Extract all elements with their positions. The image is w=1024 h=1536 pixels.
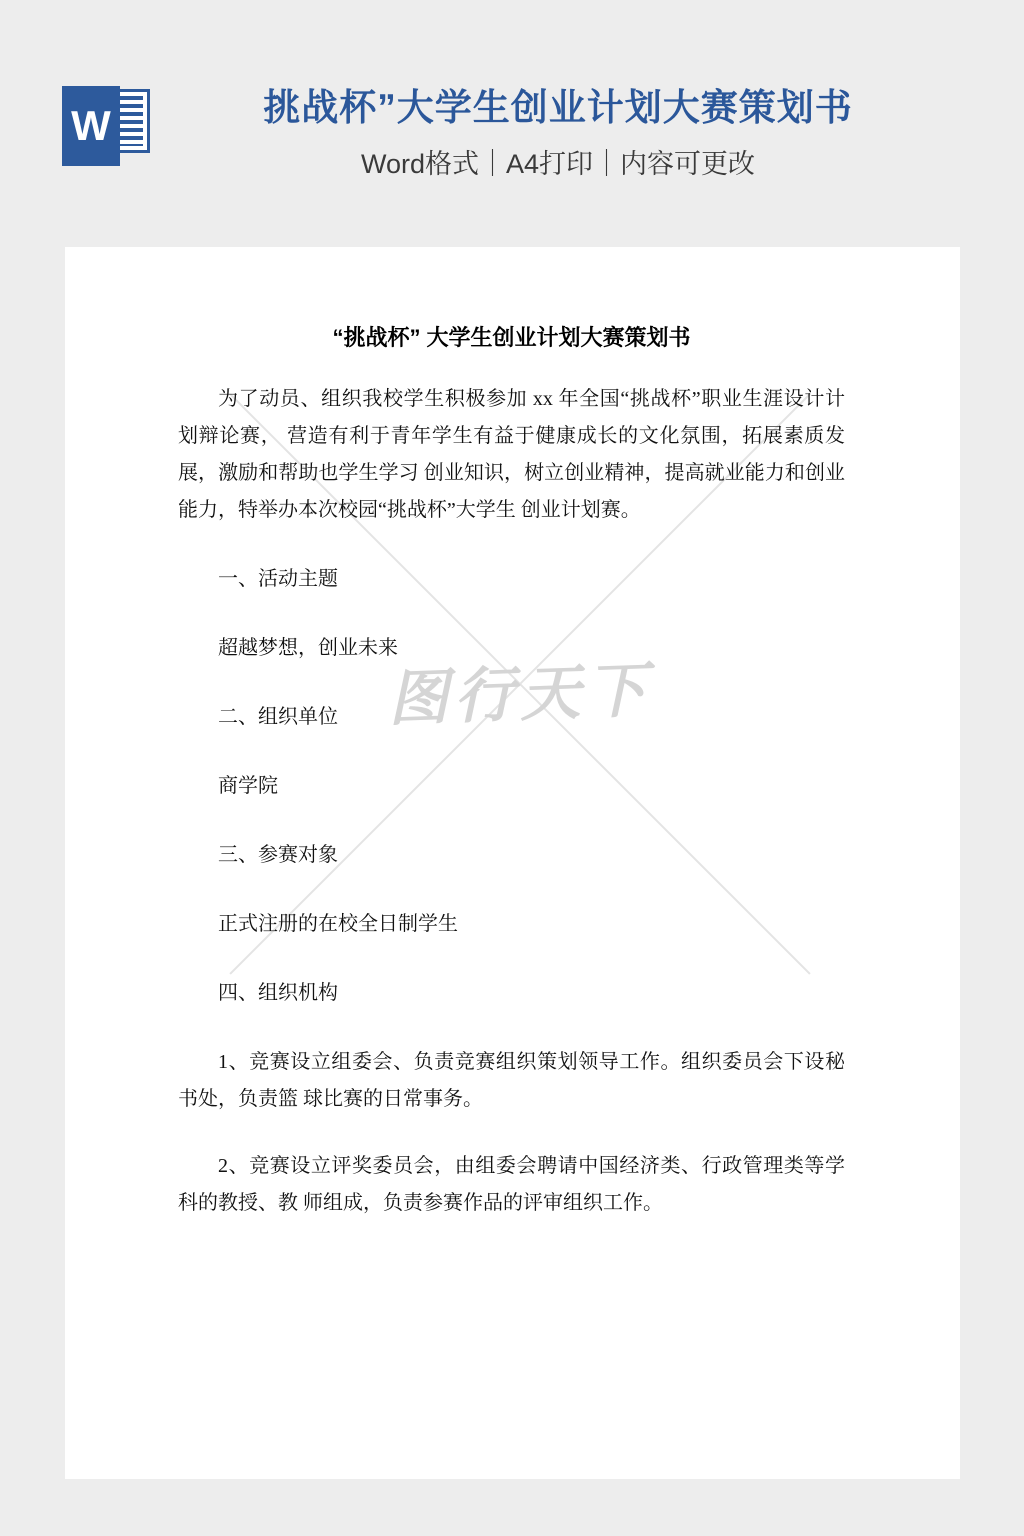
page-subtitle: Word格式｜A4打印｜内容可更改 [152,142,964,181]
doc-paragraph: 为了动员、组织我校学生积极参加 xx 年全国“挑战杯”职业生涯设计计划辩论赛， … [178,381,845,529]
doc-section-heading: 二、组织单位 [178,699,845,736]
doc-line: 超越梦想，创业未来 [178,630,845,667]
word-icon-text-lines [119,96,143,146]
doc-paragraph: 2、竞赛设立评奖委员会，由组委会聘请中国经济类、行政管理类等学科的教授、教 师组… [178,1148,845,1222]
document-preview-page: 图行天下 “挑战杯” 大学生创业计划大赛策划书 为了动员、组织我校学生积极参加 … [65,247,960,1479]
doc-section-heading: 三、参赛对象 [178,837,845,874]
word-icon: W [62,84,152,168]
word-icon-panel: W [62,86,120,166]
page-title: 挑战杯”大学生创业计划大赛策划书 [152,86,964,130]
doc-line: 商学院 [178,768,845,805]
doc-paragraph: 1、竞赛设立组委会、负责竞赛组织策划领导工作。组织委员会下设秘书处，负责篮 球比… [178,1044,845,1118]
doc-section-heading: 四、组织机构 [178,975,845,1012]
document-title: “挑战杯” 大学生创业计划大赛策划书 [178,325,845,351]
word-icon-letter: W [71,105,111,147]
doc-section-heading: 一、活动主题 [178,561,845,598]
header-text-block: 挑战杯”大学生创业计划大赛策划书 Word格式｜A4打印｜内容可更改 [152,84,964,181]
site-header: W 挑战杯”大学生创业计划大赛策划书 Word格式｜A4打印｜内容可更改 [0,0,1024,181]
document-content: “挑战杯” 大学生创业计划大赛策划书 为了动员、组织我校学生积极参加 xx 年全… [65,247,960,1222]
doc-line: 正式注册的在校全日制学生 [178,906,845,943]
